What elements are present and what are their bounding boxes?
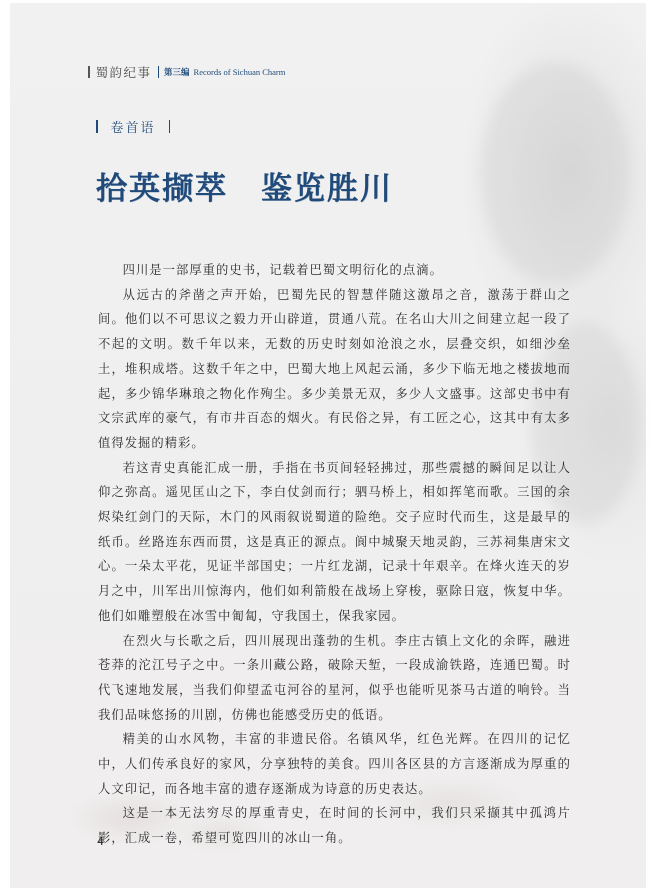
ink-wash-decoration [480,63,630,283]
body-text: 四川是一部厚重的史书，记载着巴蜀文明衍化的点滴。 从远古的斧凿之声开始，巴蜀先民… [98,258,571,851]
page-title: 拾英撷萃 鉴览胜川 [96,163,393,208]
book-title: 蜀韵纪事 [96,63,152,81]
paragraph: 四川是一部厚重的史书，记载着巴蜀文明衍化的点滴。 [98,258,571,283]
part-label: 第三编 [164,66,190,78]
paragraph: 若这青史真能汇成一册，手指在书页间轻轻拂过，那些震撼的瞬间足以让人仰之弥高。遥见… [98,456,571,629]
paragraph: 从远古的斧凿之声开始，巴蜀先民的智慧伴随这激昂之音，激荡于群山之间。他们以不可思… [98,283,571,456]
paragraph: 在烈火与长歌之后，四川展现出蓬勃的生机。李庄古镇上文化的余晖，融进苍莽的沱江号子… [98,629,571,728]
paragraph: 精美的山水风物，丰富的非遗民俗。名镇风华，红色光辉。在四川的记忆中，人们传承良好… [98,727,571,801]
divider-bar [158,66,160,78]
book-page: 蜀韵纪事 第三编 Records of Sichuan Charm 卷首语 拾英… [10,3,646,888]
divider-bar [169,120,171,133]
paragraph: 这是一本无法穷尽的厚重青史，在时间的长河中，我们只采撷其中孤鸿片影，汇成一卷，希… [98,801,571,850]
divider-bar [96,120,98,133]
part-english-title: Records of Sichuan Charm [194,67,286,77]
page-number: 4 [97,835,104,848]
section-label-text: 卷首语 [111,117,156,136]
section-label: 卷首语 [96,117,170,136]
running-head: 蜀韵纪事 第三编 Records of Sichuan Charm [88,63,285,81]
divider-bar [88,66,90,78]
